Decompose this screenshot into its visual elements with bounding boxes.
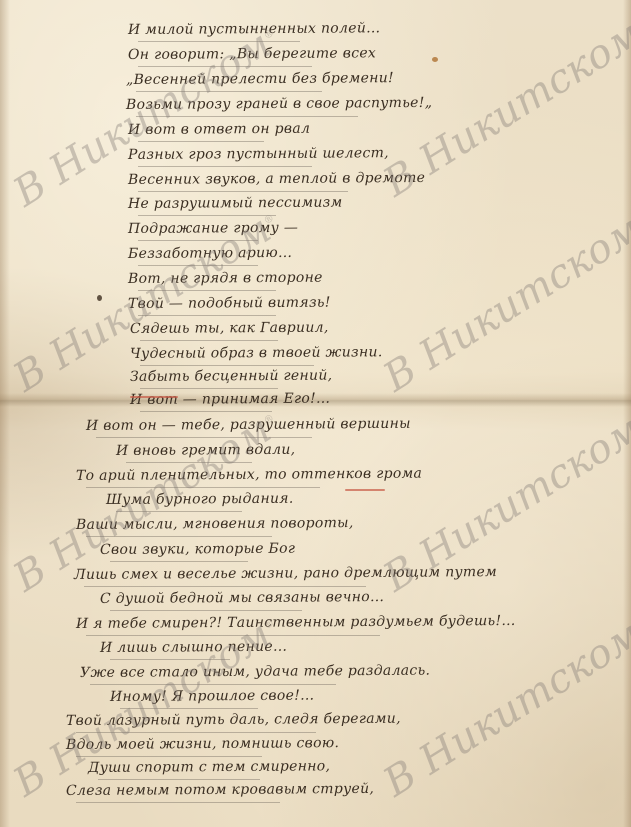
pencil-underline — [136, 91, 322, 92]
manuscript-line: Не разрушимый пессимизм — [128, 195, 343, 212]
pencil-underline — [138, 240, 258, 241]
watermark-label: В Никитском — [376, 611, 631, 806]
pencil-underline — [120, 708, 258, 709]
manuscript-line: Ваши мысли, мгновения повороты, — [76, 515, 354, 533]
ink-blot — [97, 295, 102, 301]
ink-stain — [432, 57, 438, 62]
manuscript-line: С душой бедной мы связаны вечно… — [100, 589, 384, 607]
watermark-text: В Никитском® — [376, 201, 631, 401]
manuscript-line: И вот — принимая Его!… — [130, 391, 330, 408]
manuscript-line: И вот в ответ он рвал — [128, 121, 310, 138]
pencil-underline — [96, 437, 312, 438]
pencil-underline — [138, 166, 312, 167]
pencil-underline — [76, 732, 316, 733]
manuscript-line: И вновь гремит вдали, — [116, 442, 296, 459]
pencil-underline — [138, 191, 348, 192]
pencil-underline — [138, 141, 264, 142]
paper-left-edge — [0, 0, 10, 827]
pencil-underline — [110, 561, 248, 562]
manuscript-line: Беззаботную арию… — [128, 245, 292, 262]
manuscript-line: Шума бурного рыдания. — [106, 491, 294, 508]
red-pencil-underline — [130, 396, 178, 398]
manuscript-line: Весенних звуков, а теплой в дремоте — [128, 170, 425, 188]
paper-right-edge — [623, 0, 631, 827]
pencil-underline — [84, 586, 366, 587]
manuscript-line: Вот, не грядя в стороне — [128, 270, 323, 287]
manuscript-line: Свои звуки, которые Бог — [100, 541, 295, 558]
pencil-underline — [140, 365, 314, 366]
pencil-underline — [140, 411, 272, 412]
manuscript-line: Сядешь ты, как Гавриил, — [130, 320, 329, 337]
manuscript-line: Забыть бесценный гений, — [130, 368, 332, 385]
pencil-underline — [138, 290, 276, 291]
pencil-underline — [110, 610, 302, 611]
pencil-underline — [140, 340, 278, 341]
manuscript-line: Души спорит с тем смиренно, — [88, 758, 330, 776]
pencil-underline — [138, 66, 312, 67]
manuscript-line: И вот он — тебе, разрушенный вершины — [86, 416, 411, 434]
pencil-underline — [110, 659, 230, 660]
manuscript-line: То арий пленительных, то оттенков грома — [76, 466, 422, 484]
manuscript-line: Лишь смех и веселье жизни, рано дремлющи… — [74, 564, 497, 583]
manuscript-line: И я тебе смирен?! Таинственным раздумьем… — [76, 613, 516, 632]
manuscript-line: Уже все стало иным, удача тебе раздалась… — [80, 663, 430, 681]
manuscript-line: Слеза немым потом кровавым струей, — [66, 781, 374, 799]
manuscript-line: Подражание грому — — [128, 220, 298, 237]
manuscript-line: Вдоль моей жизни, помнишь свою. — [66, 735, 339, 753]
manuscript-line: Твой лазурный путь даль, следя берегами, — [66, 711, 401, 729]
pencil-underline — [86, 536, 272, 537]
manuscript-page: И милой пустынненных полей…Он говорит: „… — [0, 0, 631, 827]
pencil-underline — [116, 511, 242, 512]
pencil-underline — [138, 315, 276, 316]
manuscript-line: И лишь слышно пение… — [100, 639, 287, 656]
manuscript-line: Иному! Я прошлое свое!… — [110, 688, 315, 705]
watermark-text: В Никитском® — [376, 606, 631, 806]
manuscript-line: Он говорит: „Вы берегите всех — [128, 45, 376, 63]
pencil-underline — [138, 215, 276, 216]
pencil-underline — [76, 756, 262, 757]
manuscript-line: Чудесный образ в твоей жизни. — [130, 344, 383, 362]
pencil-underline — [138, 265, 258, 266]
manuscript-line: „Весенней прелести без бремени! — [126, 70, 394, 88]
watermark-label: В Никитском — [376, 206, 631, 401]
pencil-underline — [98, 779, 260, 780]
manuscript-line: Возьми прозу граней в свое распутье!„ — [126, 95, 432, 113]
pencil-underline — [76, 802, 280, 803]
manuscript-line: Твой — подобный витязь! — [128, 295, 331, 312]
pencil-underline — [136, 116, 358, 117]
pencil-underline — [138, 41, 300, 42]
red-pencil-underline — [345, 489, 385, 491]
pencil-underline — [140, 388, 278, 389]
pencil-underline — [126, 462, 252, 463]
pencil-underline — [86, 487, 320, 488]
manuscript-line: И милой пустынненных полей… — [128, 20, 381, 38]
manuscript-line: Разных гроз пустынный шелест, — [128, 145, 389, 163]
pencil-underline — [90, 684, 336, 685]
pencil-underline — [86, 635, 380, 636]
